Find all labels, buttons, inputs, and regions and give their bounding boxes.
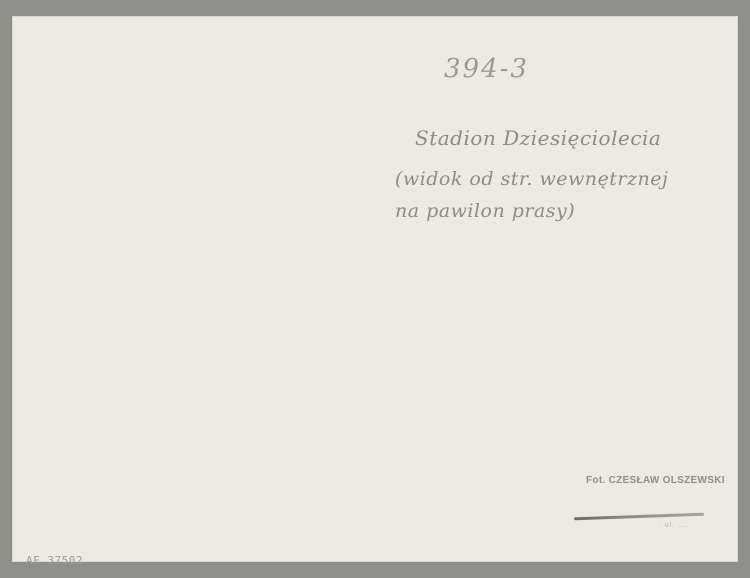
archive-code: AF 37502 [26, 554, 83, 567]
stamp-subtext: · · ul. ..... [652, 522, 693, 529]
stamp-underline [574, 513, 704, 521]
caption-line-1: Stadion Dziesięciolecia [415, 126, 661, 150]
photographer-stamp: Fot. CZESŁAW OLSZEWSKI [586, 475, 725, 486]
caption-line-3: na pawilon prasy) [395, 200, 575, 222]
photo-back-card: 394-3 Stadion Dziesięciolecia (widok od … [12, 16, 738, 562]
inventory-number: 394-3 [444, 54, 529, 84]
caption-line-2: (widok od str. wewnętrznej [395, 168, 668, 190]
